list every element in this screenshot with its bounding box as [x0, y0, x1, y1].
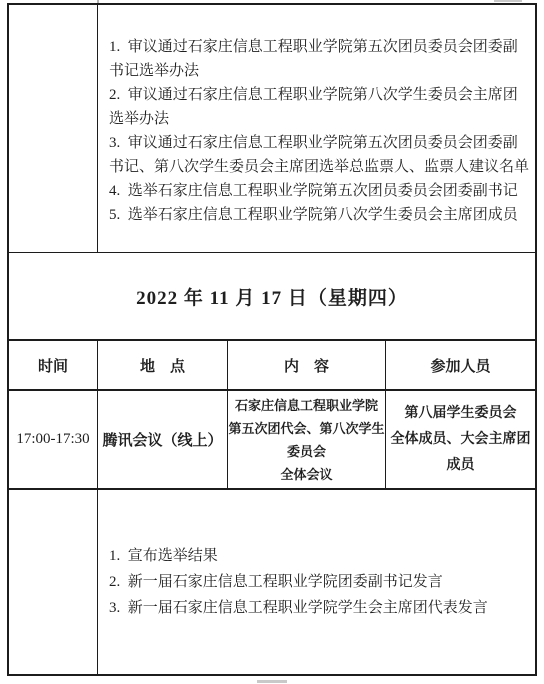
content-line-3: 委员会	[287, 440, 326, 463]
agenda-top-item-1: 1. 审议通过石家庄信息工程职业学院第五次团员委员会团委副书记选举办法	[109, 35, 530, 83]
agenda-bottom-item-1: 1. 宣布选举结果	[109, 543, 530, 569]
agenda-bottom-empty-stub-cell	[9, 490, 98, 674]
agenda-top-item-5: 5. 选举石家庄信息工程职业学院第八次学生委员会主席团成员	[109, 203, 530, 227]
date-banner: 2022 年 11 月 17 日（星期四）	[9, 253, 535, 341]
schedule-document-table: 1. 审议通过石家庄信息工程职业学院第五次团员委员会团委副书记选举办法 2. 审…	[7, 3, 537, 676]
schedule-header-row: 时间 地 点 内 容 参加人员	[9, 341, 535, 391]
crop-artifact-bottom	[257, 680, 287, 683]
attendees-line-3: 成员	[447, 453, 475, 479]
column-header-content: 内 容	[228, 341, 386, 389]
location-cell: 腾讯会议（线上）	[98, 391, 228, 488]
content-line-1: 石家庄信息工程职业学院	[235, 394, 378, 417]
agenda-bottom-section: 1. 宣布选举结果 2. 新一届石家庄信息工程职业学院团委副书记发言 3. 新一…	[9, 490, 535, 674]
agenda-bottom-item-2: 2. 新一届石家庄信息工程职业学院团委副书记发言	[109, 569, 530, 595]
agenda-top-item-4: 4. 选举石家庄信息工程职业学院第五次团员委员会团委副书记	[109, 179, 530, 203]
agenda-bottom-item-3: 3. 新一届石家庄信息工程职业学院学生会主席团代表发言	[109, 595, 530, 621]
document-page: 1. 审议通过石家庄信息工程职业学院第五次团员委员会团委副书记选举办法 2. 审…	[0, 0, 544, 684]
attendees-line-1: 第八届学生委员会	[405, 401, 517, 427]
time-value: 17:00-17:30	[16, 431, 89, 448]
agenda-top-list: 1. 审议通过石家庄信息工程职业学院第五次团员委员会团委副书记选举办法 2. 审…	[98, 5, 535, 252]
column-header-location: 地 点	[98, 341, 228, 389]
crop-artifact-top-right	[494, 0, 522, 2]
content-line-2: 第五次团代会、第八次学生	[228, 417, 384, 440]
time-cell: 17:00-17:30	[9, 391, 98, 488]
location-value: 腾讯会议（线上）	[102, 429, 222, 450]
column-header-attendees: 参加人员	[386, 341, 535, 389]
date-text: 2022 年 11 月 17 日（星期四）	[136, 283, 408, 310]
attendees-cell: 第八届学生委员会 全体成员、大会主席团 成员	[386, 391, 535, 488]
agenda-top-item-3: 3. 审议通过石家庄信息工程职业学院第五次团员委员会团委副书记、第八次学生委员会…	[109, 131, 530, 179]
agenda-bottom-list: 1. 宣布选举结果 2. 新一届石家庄信息工程职业学院团委副书记发言 3. 新一…	[98, 490, 535, 674]
content-line-4: 全体会议	[280, 463, 332, 486]
agenda-top-section: 1. 审议通过石家庄信息工程职业学院第五次团员委员会团委副书记选举办法 2. 审…	[9, 5, 535, 253]
attendees-line-2: 全体成员、大会主席团	[391, 427, 531, 453]
schedule-data-row: 17:00-17:30 腾讯会议（线上） 石家庄信息工程职业学院 第五次团代会、…	[9, 391, 535, 490]
agenda-top-empty-stub-cell	[9, 5, 98, 252]
content-cell: 石家庄信息工程职业学院 第五次团代会、第八次学生 委员会 全体会议	[228, 391, 386, 488]
agenda-top-item-2: 2. 审议通过石家庄信息工程职业学院第八次学生委员会主席团选举办法	[109, 83, 530, 131]
column-header-time: 时间	[9, 341, 98, 389]
